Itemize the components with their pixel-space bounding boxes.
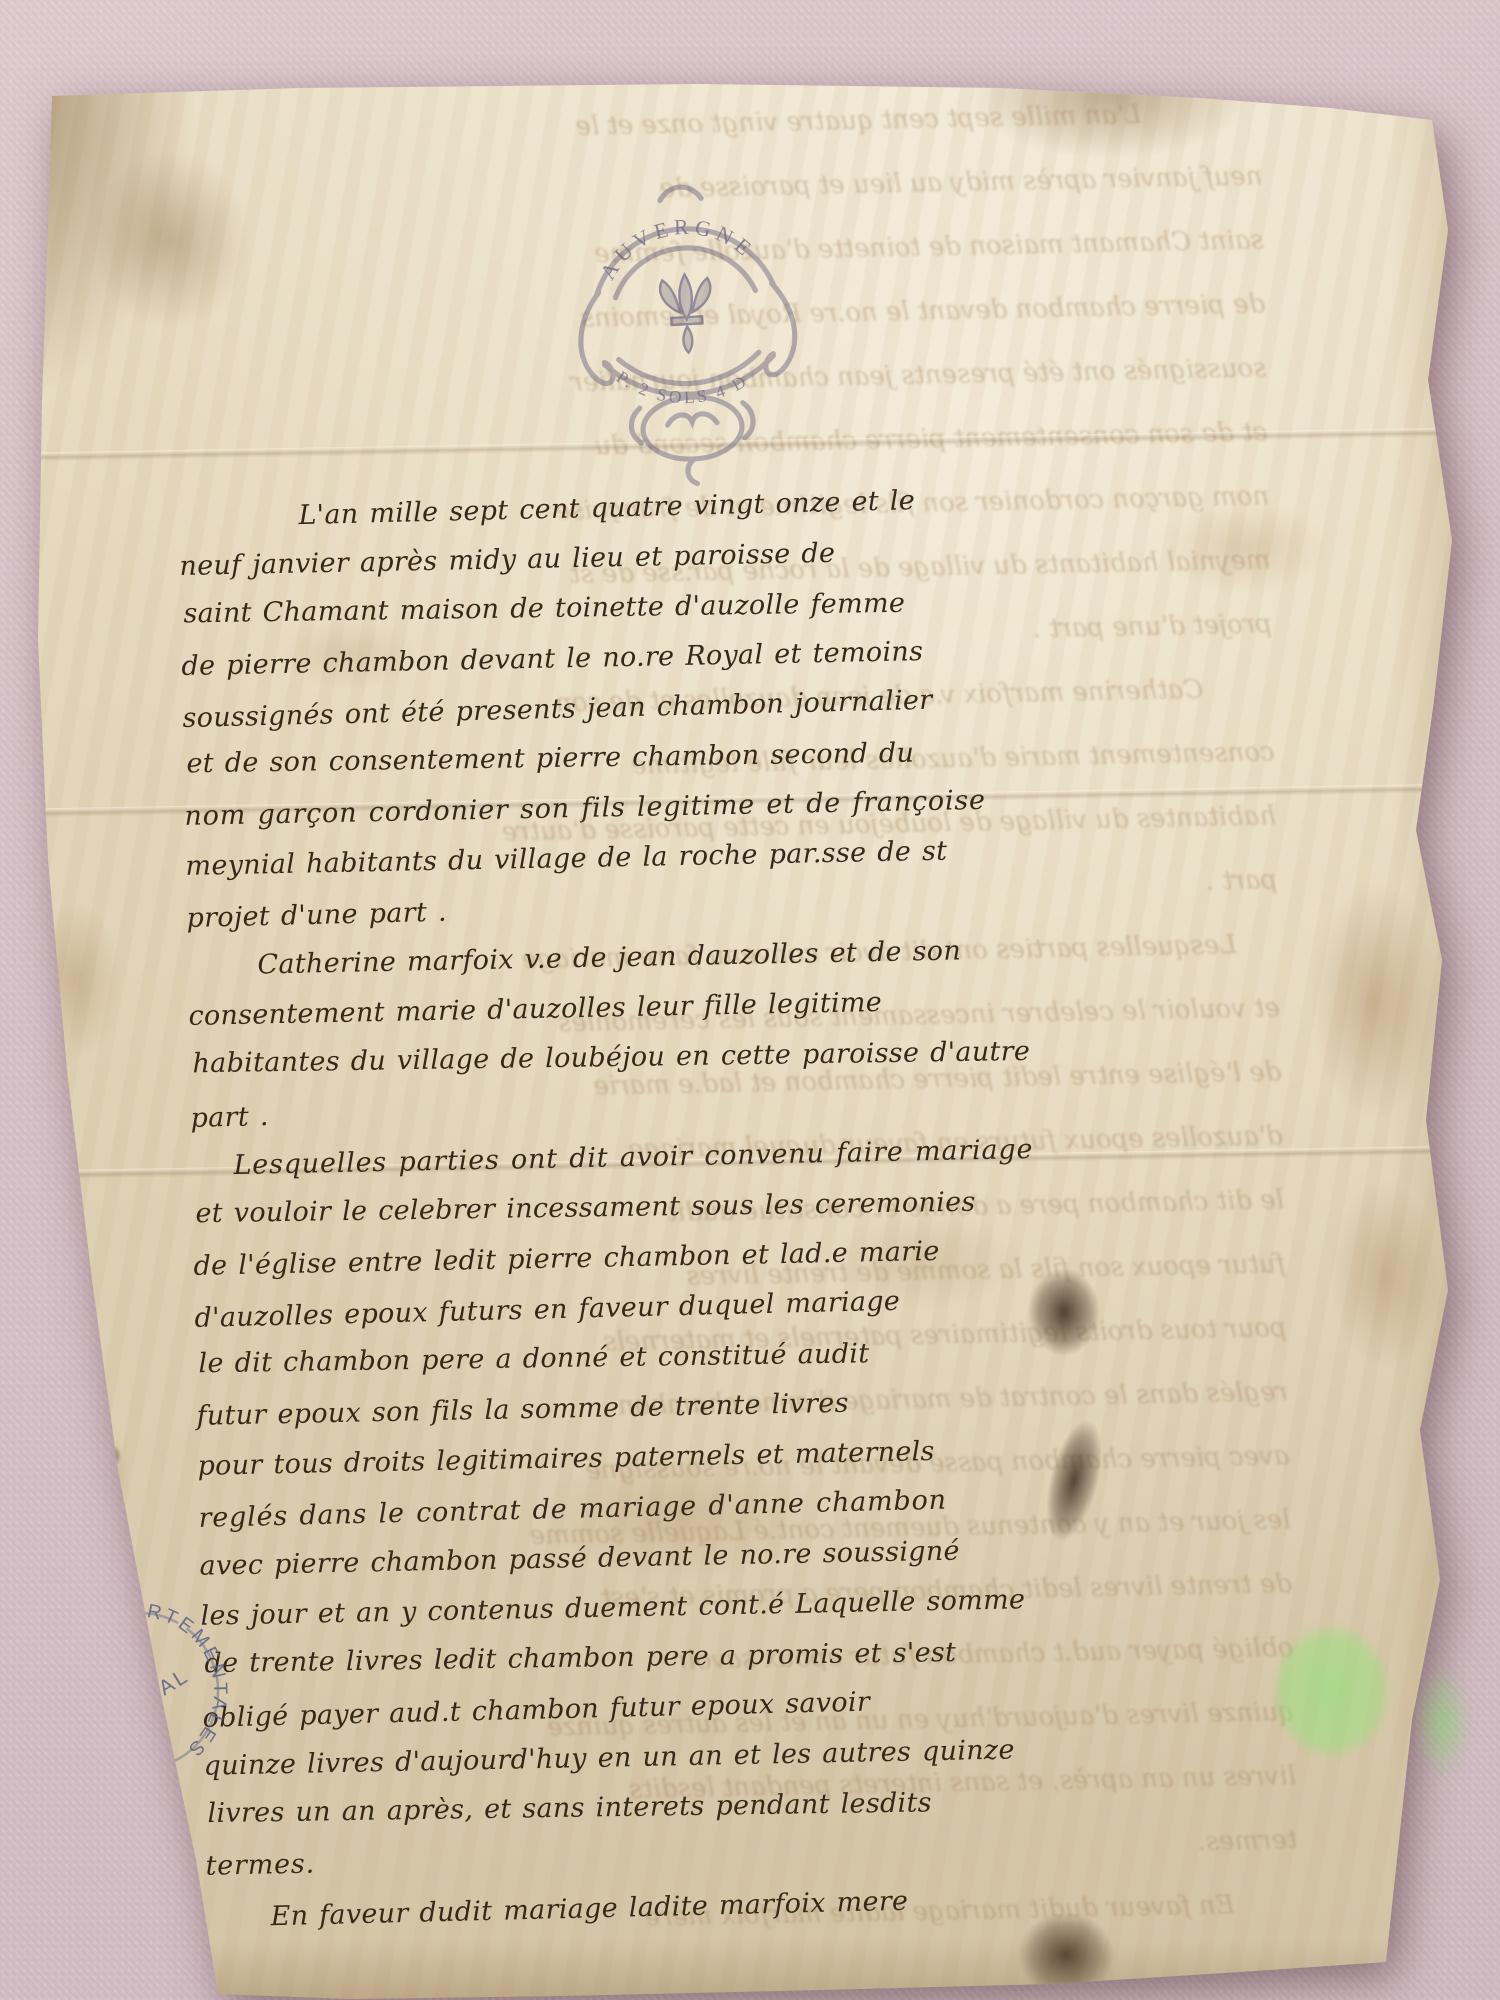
stain	[1330, 1180, 1440, 1370]
stain	[60, 1430, 130, 1520]
stain	[90, 150, 250, 330]
archive-stamp-du: du	[119, 1665, 142, 1688]
tax-stamp: AUVERGNE P. 2 SOLS 4 D	[554, 152, 821, 495]
archive-stamp-cantal: CANTAL	[97, 1664, 193, 1736]
stain	[30, 900, 120, 1060]
archive-stamp-star-icon: ★	[140, 1724, 167, 1752]
handwriting-block: L'an mille sept cent quatre vingt onze e…	[178, 473, 1172, 1942]
stain	[1160, 500, 1330, 595]
photo-backdrop: { "document": { "kind": "handwritten Fre…	[0, 0, 1500, 2000]
fleur-de-lis-icon	[659, 273, 713, 354]
ink-blot	[98, 1444, 122, 1468]
stain	[1310, 880, 1440, 1120]
